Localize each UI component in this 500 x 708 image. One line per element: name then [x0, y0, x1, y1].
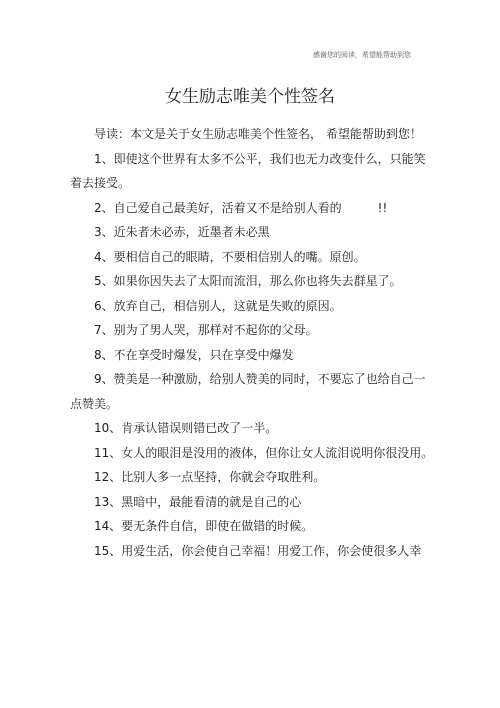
list-item: 4、要相信自己的眼睛，不要相信别人的嘴。原创。: [70, 245, 435, 270]
list-item: 9、赞美是一种激励，给别人赞美的同时，不要忘了也给自己一点赞美。: [70, 367, 435, 416]
list-item: 5、如果你因失去了太阳而流泪，那么你也将失去群星了。: [70, 269, 435, 294]
list-item: 10、肯承认错误则错已改了一半。: [70, 416, 435, 441]
list-item: 13、黑暗中，最能看清的就是自己的心: [70, 490, 435, 515]
list-item: 2、自己爱自己最美好，活着又不是给别人看的 !!: [70, 196, 435, 221]
header-note: 感谢您的阅读，希望能帮助到您: [313, 50, 411, 60]
document-title: 女生励志唯美个性签名: [0, 82, 500, 107]
list-item: 8、不在享受时爆发，只在享受中爆发: [70, 343, 435, 368]
list-item: 3、近朱者未必赤，近墨者未必黑: [70, 220, 435, 245]
list-item: 1、即使这个世界有太多不公平，我们也无力改变什么，只能笑着去接受。: [70, 147, 435, 196]
list-item: 11、女人的眼泪是没用的液体，但你让女人流泪说明你很没用。: [70, 441, 435, 466]
document-body: 导读：本文是关于女生励志唯美个性签名， 希望能帮助到您！ 1、即使这个世界有太多…: [70, 122, 435, 563]
list-item: 7、别为了男人哭，那样对不起你的父母。: [70, 318, 435, 343]
list-item: 15、用爱生活，你会使自己幸福！用爱工作，你会使很多人幸: [70, 539, 435, 564]
intro-paragraph: 导读：本文是关于女生励志唯美个性签名， 希望能帮助到您！: [70, 122, 435, 147]
list-item: 14、要无条件自信，即使在做错的时候。: [70, 514, 435, 539]
list-item: 12、比别人多一点坚持，你就会夺取胜利。: [70, 465, 435, 490]
list-item: 6、放弃自己，相信别人，这就是失败的原因。: [70, 294, 435, 319]
